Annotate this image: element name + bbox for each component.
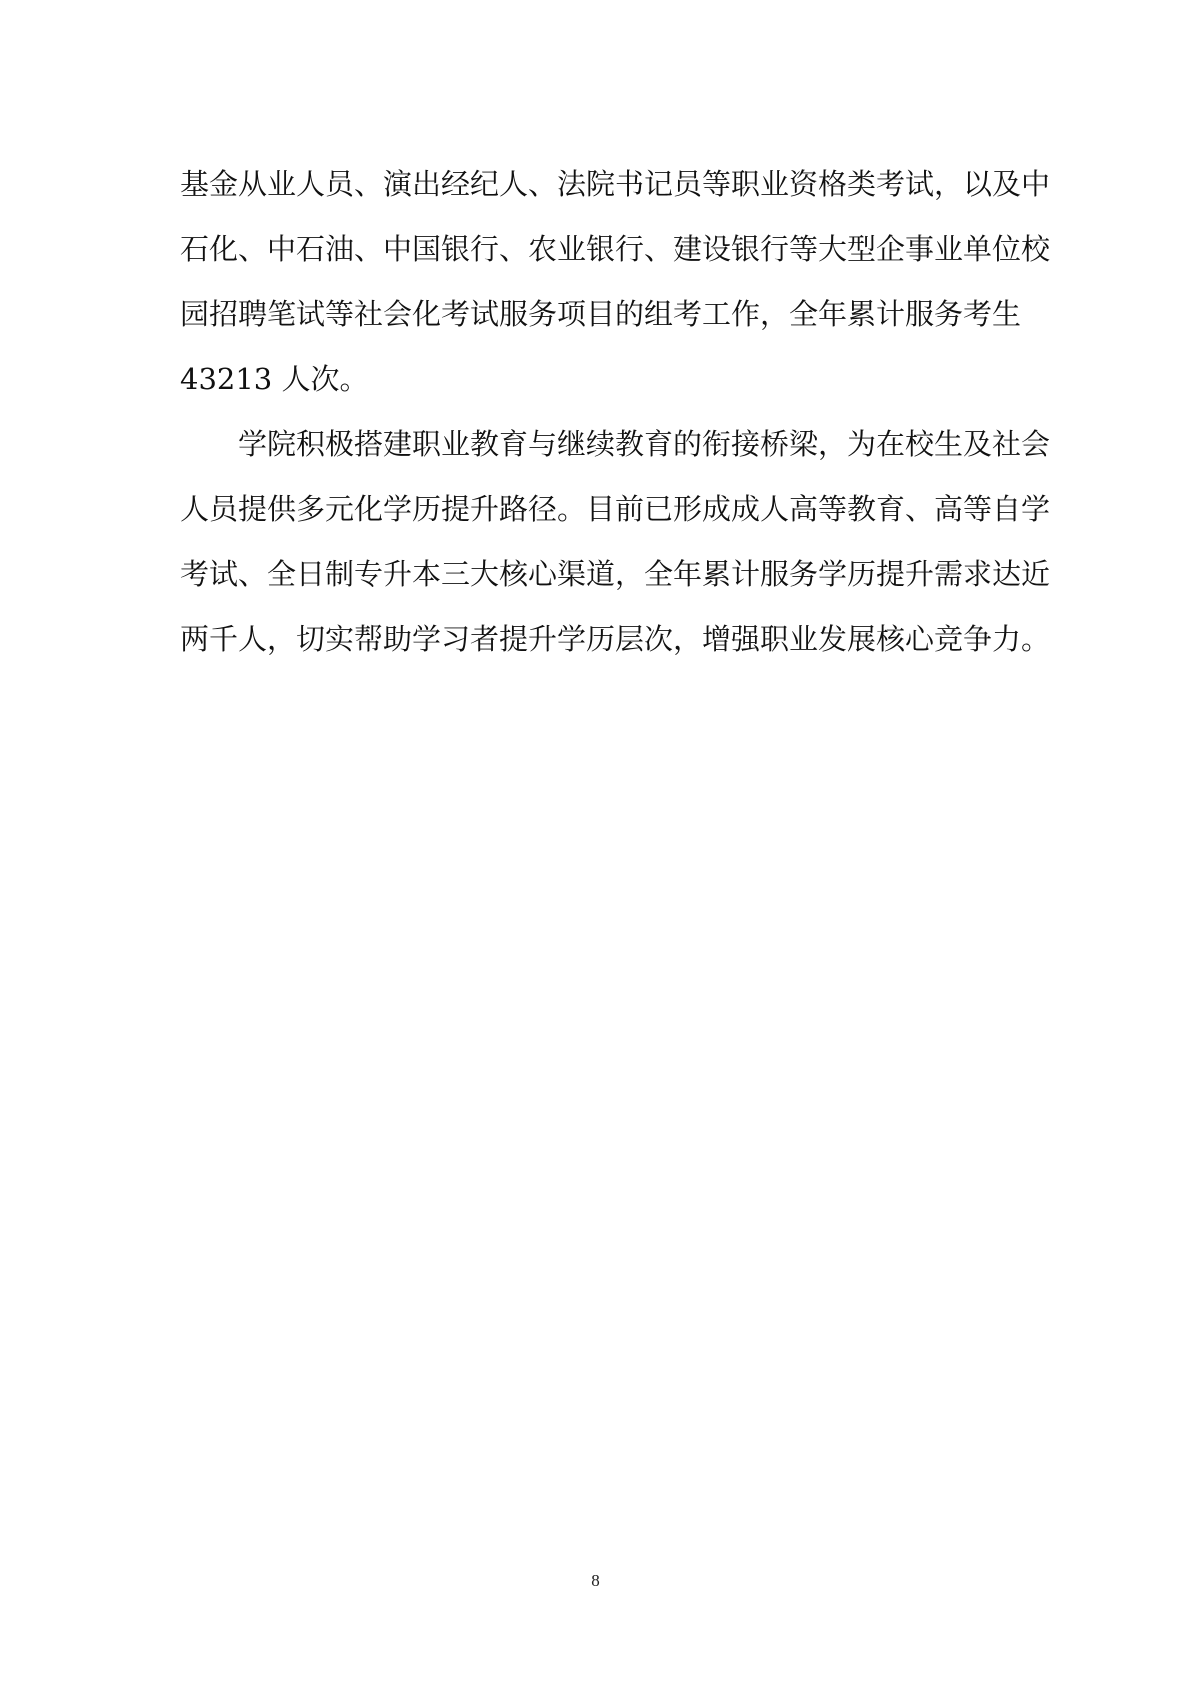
- text-line: 园招聘笔试等社会化考试服务项目的组考工作，全年累计服务考生: [180, 282, 1018, 347]
- paragraph-2: 学院积极搭建职业教育与继续教育的衔接桥梁，为在校生及社会 人员提供多元化学历提升…: [180, 412, 1018, 672]
- text-line: 43213 人次。: [180, 347, 1018, 412]
- page-number: 8: [0, 1571, 1191, 1591]
- document-page: 基金从业人员、演出经纪人、法院书记员等职业资格类考试，以及中 石化、中石油、中国…: [0, 0, 1191, 1684]
- paragraph-1: 基金从业人员、演出经纪人、法院书记员等职业资格类考试，以及中 石化、中石油、中国…: [180, 152, 1018, 412]
- text-line: 石化、中石油、中国银行、农业银行、建设银行等大型企事业单位校: [180, 217, 1018, 282]
- body-text: 基金从业人员、演出经纪人、法院书记员等职业资格类考试，以及中 石化、中石油、中国…: [180, 152, 1018, 672]
- text-line: 两千人，切实帮助学习者提升学历层次，增强职业发展核心竞争力。: [180, 607, 1018, 672]
- text-line: 人员提供多元化学历提升路径。目前已形成成人高等教育、高等自学: [180, 477, 1018, 542]
- text-line: 考试、全日制专升本三大核心渠道，全年累计服务学历提升需求达近: [180, 542, 1018, 607]
- text-line: 学院积极搭建职业教育与继续教育的衔接桥梁，为在校生及社会: [180, 412, 1018, 477]
- text-line: 基金从业人员、演出经纪人、法院书记员等职业资格类考试，以及中: [180, 152, 1018, 217]
